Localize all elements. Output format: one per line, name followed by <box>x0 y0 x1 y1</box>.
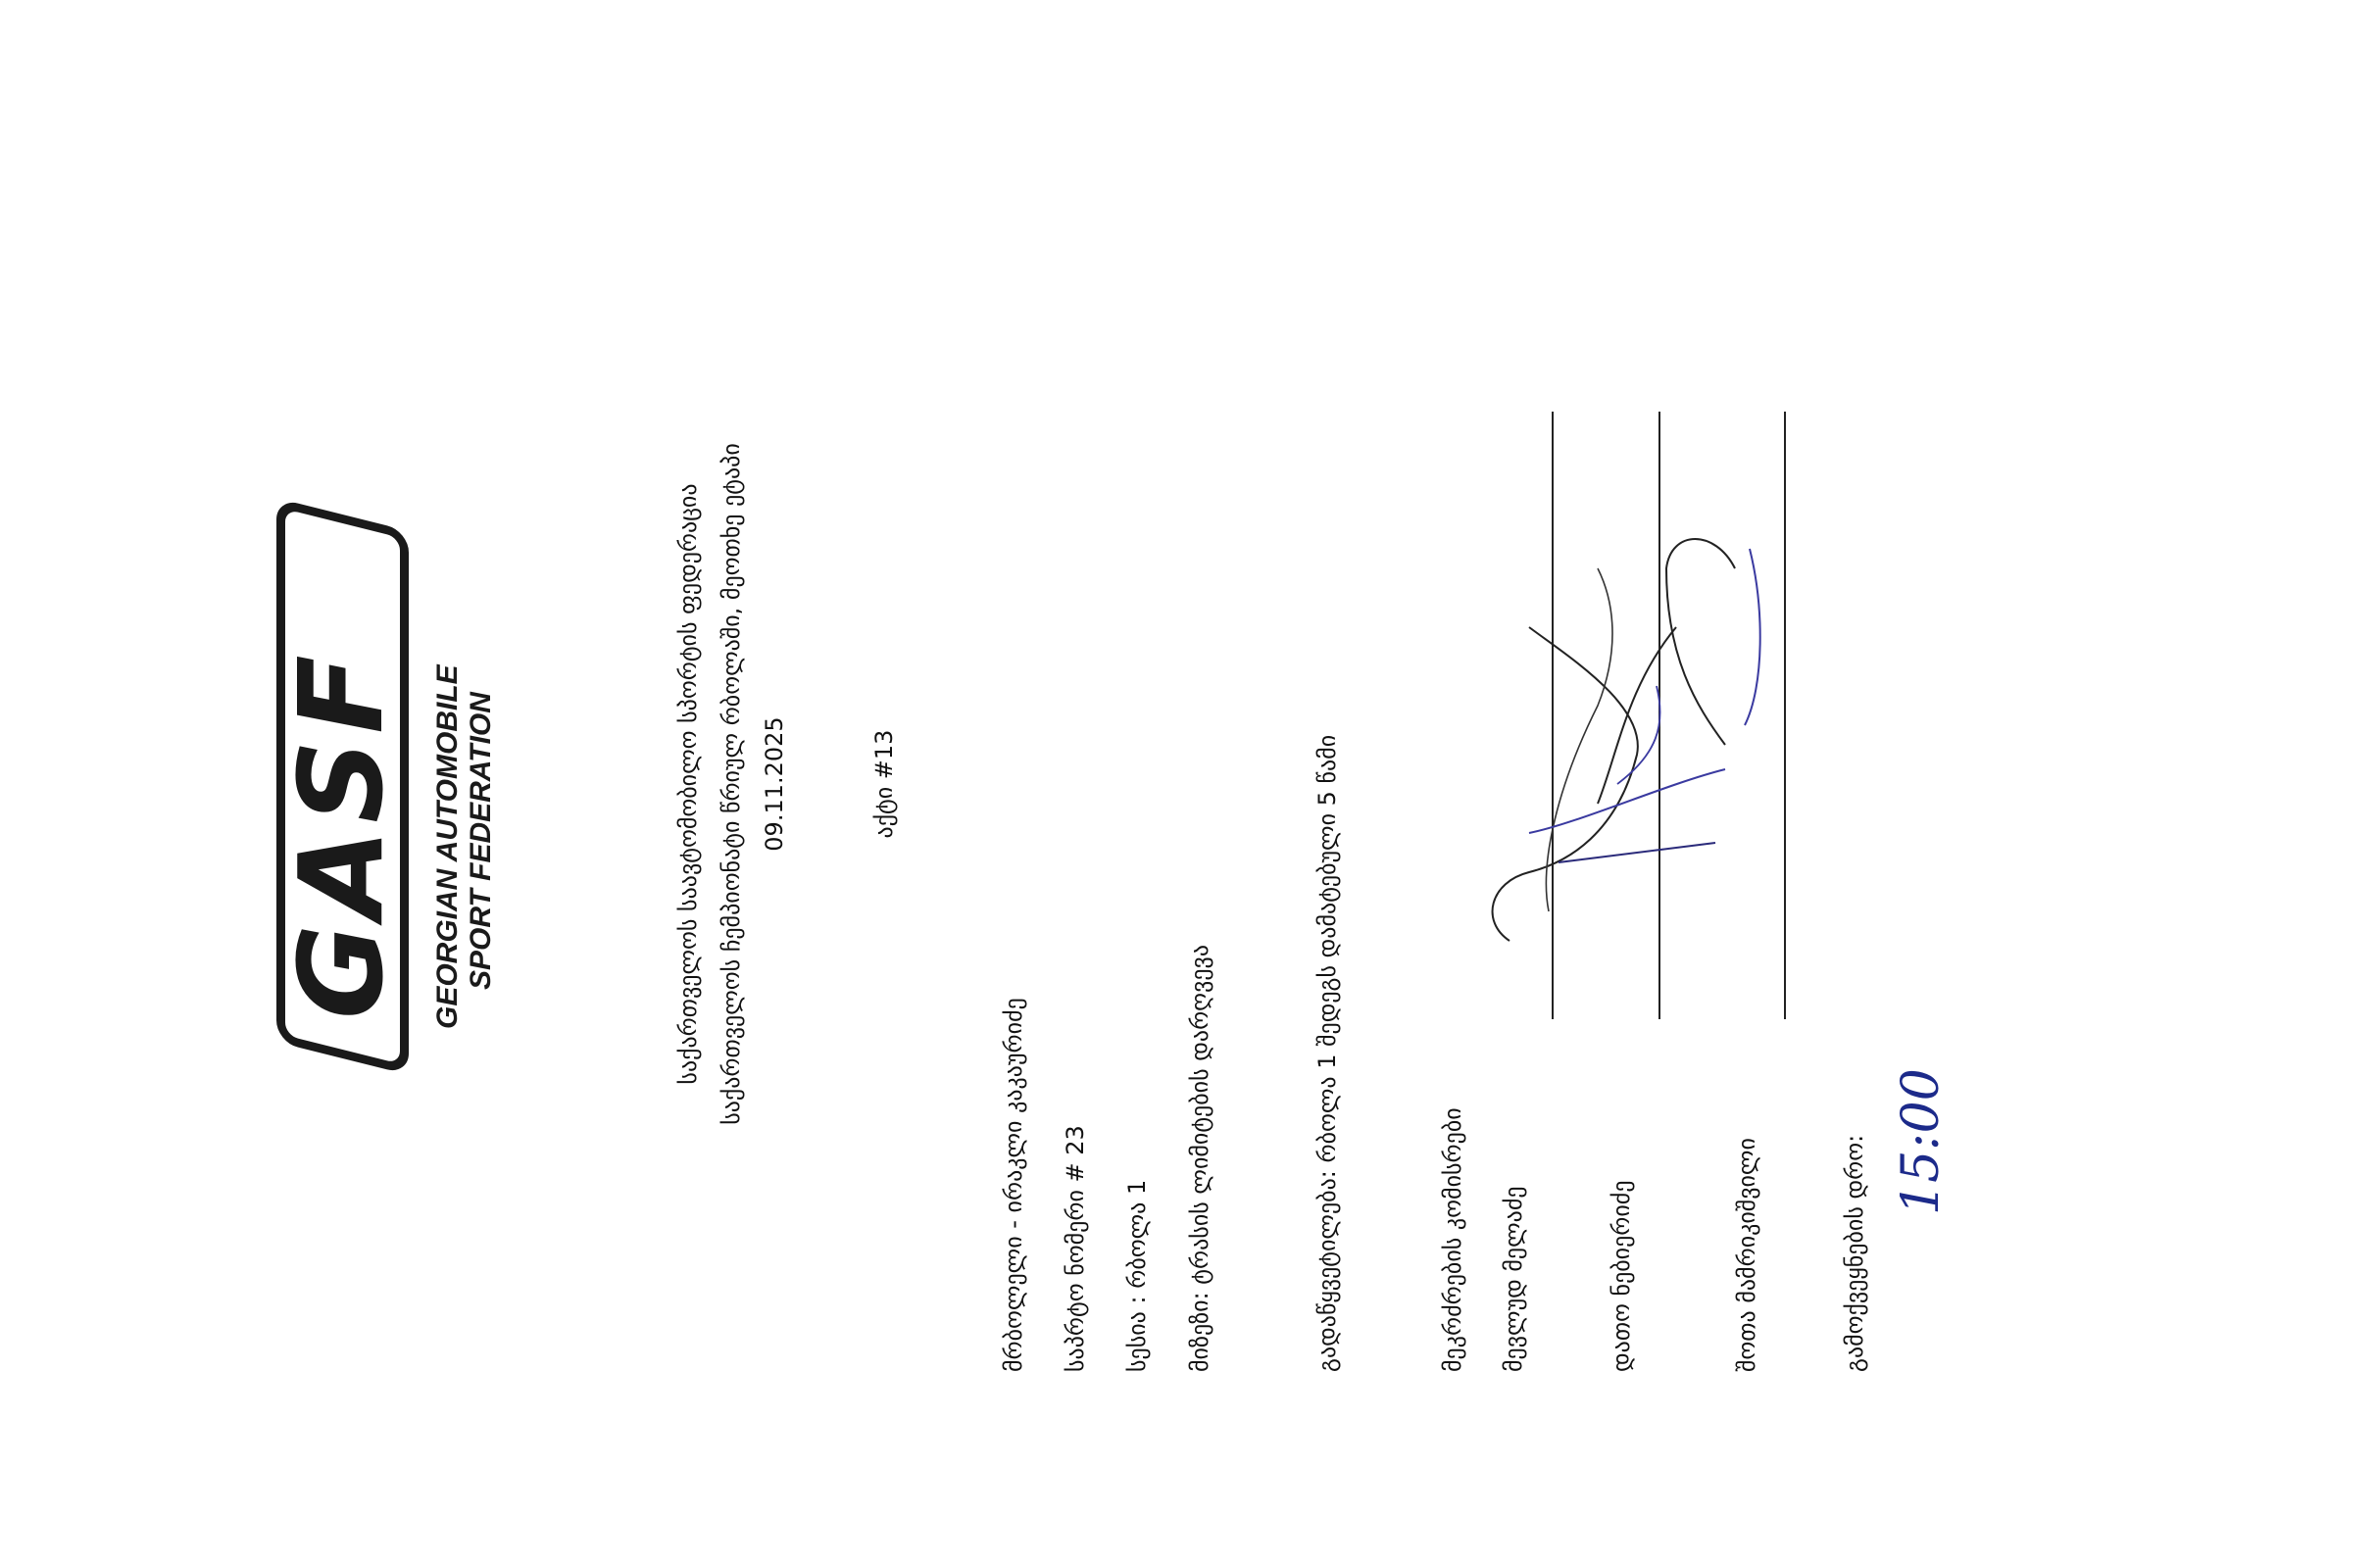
federation-name: საქართველოს საავტომობილო სპორტის ფედერაც… <box>667 294 710 1274</box>
publication-label: გამოქვეყნების დრო: <box>1841 1135 1868 1372</box>
signer-name: შოთა მამრიკიშვილი <box>1733 1138 1760 1372</box>
event-date: 09.11.2025 <box>753 294 796 1274</box>
car-number-line: საპრტო ნომერი # 23 <box>1062 1125 1089 1372</box>
document-header: საქართველოს საავტომობილო სპორტის ფედერაც… <box>667 294 796 1274</box>
championship-name: საქართველოს ჩემპიონატი წრიულ რბოლაში, მე… <box>710 294 753 1274</box>
signatures-scribble <box>1470 490 1794 980</box>
signer-name: მევლუდ მელაძე <box>1500 1186 1527 1372</box>
gasf-logo: GASF <box>276 510 428 1058</box>
session-line: სესია : რბოლა 1 <box>1123 1180 1151 1372</box>
logo-letters: GASF <box>282 649 400 1019</box>
logo-subtitle-line2: SPORT FEDERATION <box>465 519 498 1029</box>
publication-time: 15:00 <box>1892 1068 1951 1215</box>
logo-subtitle-line1: GEORGIAN AUTOMOBILE <box>431 519 465 1029</box>
signer-name: დათო ნებიერიძე <box>1608 1180 1635 1372</box>
document-page: GASF GEORGIAN AUTOMOBILE SPORT FEDERATIO… <box>0 0 2376 1568</box>
stewards-title: მეკრძრების კომისრები <box>1439 1107 1466 1372</box>
reason-line: მიზეზი: ტრასის ლიმიტების დარღვევა <box>1186 945 1213 1372</box>
act-number: აქტი #13 <box>870 294 898 1274</box>
driver-line: მრბოლელი - ირაკლი კაკაურიძე <box>1000 998 1027 1372</box>
logo-subtitle: GEORGIAN AUTOMOBILE SPORT FEDERATION <box>431 519 498 1029</box>
decision-line: გადაწყვეტილება: რბოლა 1 შედეგს დამატებულ… <box>1313 735 1341 1372</box>
